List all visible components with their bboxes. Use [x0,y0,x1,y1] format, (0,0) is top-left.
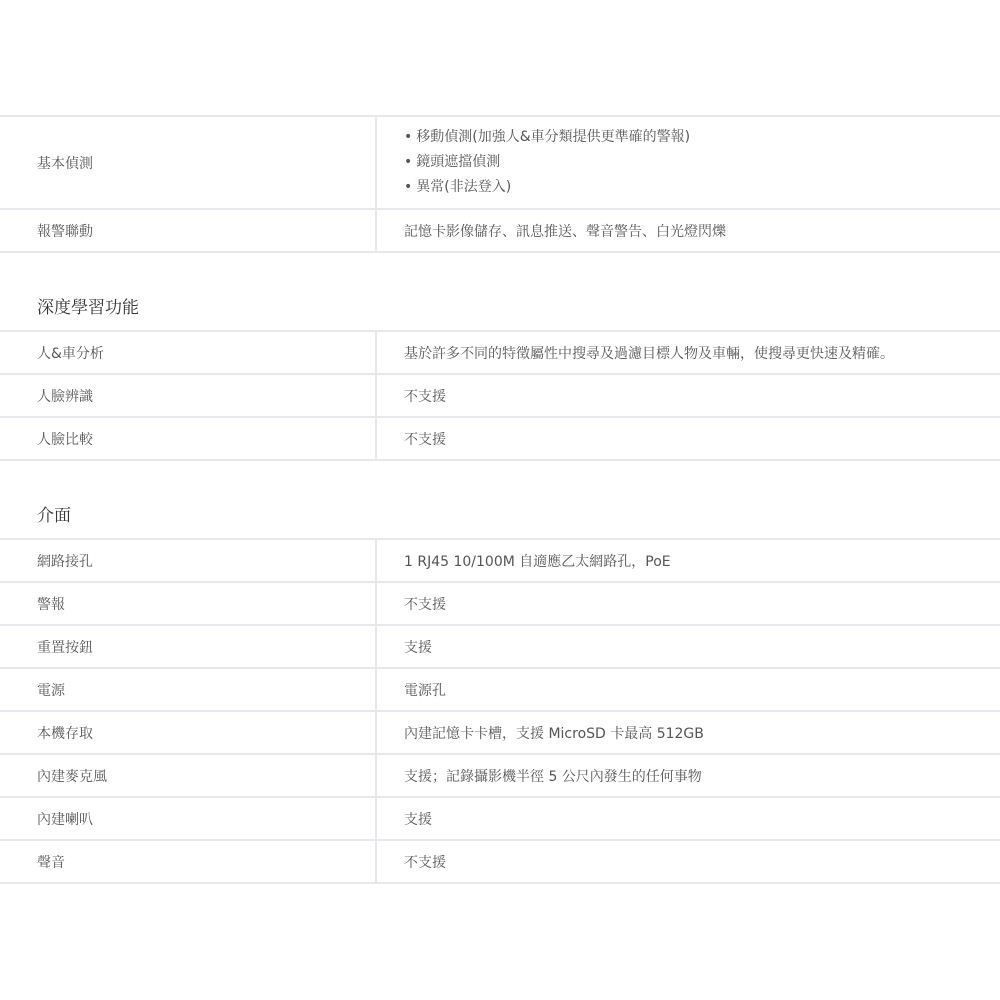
bullet-list: •移動偵測(加強人&車分類提供更準確的警報) •鏡頭遮擋偵測 •異常(非法登入) [404,125,1000,200]
table-row: 重置按鈕 支援 [0,625,1000,668]
spec-page: 基本偵測 •移動偵測(加強人&車分類提供更準確的警報) •鏡頭遮擋偵測 •異常(… [0,115,1000,884]
spec-value: 支援；記錄攝影機半徑 5 公尺內發生的任何事物 [376,754,1000,797]
spec-label: 重置按鈕 [0,625,376,668]
bullet-icon: • [404,175,412,200]
section-heading-deep-learning: 深度學習功能 [0,253,1000,330]
spec-label: 電源 [0,668,376,711]
list-item: •異常(非法登入) [404,175,1000,200]
table-row: 網路接孔 1 RJ45 10/100M 自適應乙太網路孔，PoE [0,539,1000,582]
list-item: •鏡頭遮擋偵測 [404,150,1000,175]
table-row: 人臉比較 不支援 [0,417,1000,460]
spec-label: 人臉比較 [0,417,376,460]
spec-label: 警報 [0,582,376,625]
spec-label: 內建喇叭 [0,797,376,840]
spec-label: 人臉辨識 [0,374,376,417]
bullet-icon: • [404,150,412,175]
bullet-text: 移動偵測(加強人&車分類提供更準確的警報) [416,129,690,145]
spec-value: 記憶卡影像儲存、訊息推送、聲音警告、白光燈閃爍 [376,209,1000,252]
bullet-text: 鏡頭遮擋偵測 [416,154,500,170]
bullet-icon: • [404,125,412,150]
table-row: 基本偵測 •移動偵測(加強人&車分類提供更準確的警報) •鏡頭遮擋偵測 •異常(… [0,116,1000,209]
table-row: 本機存取 內建記憶卡卡槽，支援 MicroSD 卡最高 512GB [0,711,1000,754]
spec-label: 聲音 [0,840,376,883]
section-heading-interface: 介面 [0,461,1000,538]
spec-value: 內建記憶卡卡槽，支援 MicroSD 卡最高 512GB [376,711,1000,754]
list-item: •移動偵測(加強人&車分類提供更準確的警報) [404,125,1000,150]
spec-table-detection: 基本偵測 •移動偵測(加強人&車分類提供更準確的警報) •鏡頭遮擋偵測 •異常(… [0,115,1000,253]
spec-value: 不支援 [376,374,1000,417]
spec-value: 基於許多不同的特徵屬性中搜尋及過濾目標人物及車輛，使搜尋更快速及精確。 [376,331,1000,374]
spec-value: 支援 [376,625,1000,668]
spec-label: 內建麥克風 [0,754,376,797]
spec-label: 基本偵測 [0,116,376,209]
spec-label: 本機存取 [0,711,376,754]
spec-label: 報警聯動 [0,209,376,252]
table-row: 人&車分析 基於許多不同的特徵屬性中搜尋及過濾目標人物及車輛，使搜尋更快速及精確… [0,331,1000,374]
table-row: 報警聯動 記憶卡影像儲存、訊息推送、聲音警告、白光燈閃爍 [0,209,1000,252]
table-row: 內建麥克風 支援；記錄攝影機半徑 5 公尺內發生的任何事物 [0,754,1000,797]
spec-table-deep-learning: 人&車分析 基於許多不同的特徵屬性中搜尋及過濾目標人物及車輛，使搜尋更快速及精確… [0,330,1000,461]
table-row: 人臉辨識 不支援 [0,374,1000,417]
spec-table-interface: 網路接孔 1 RJ45 10/100M 自適應乙太網路孔，PoE 警報 不支援 … [0,538,1000,884]
table-row: 內建喇叭 支援 [0,797,1000,840]
table-row: 聲音 不支援 [0,840,1000,883]
spec-value: 電源孔 [376,668,1000,711]
table-row: 電源 電源孔 [0,668,1000,711]
spec-value: 不支援 [376,417,1000,460]
spec-label: 網路接孔 [0,539,376,582]
table-row: 警報 不支援 [0,582,1000,625]
spec-value: 支援 [376,797,1000,840]
spec-value: •移動偵測(加強人&車分類提供更準確的警報) •鏡頭遮擋偵測 •異常(非法登入) [376,116,1000,209]
bullet-text: 異常(非法登入) [416,179,511,195]
spec-value: 不支援 [376,582,1000,625]
spec-value: 1 RJ45 10/100M 自適應乙太網路孔，PoE [376,539,1000,582]
spec-value: 不支援 [376,840,1000,883]
spec-label: 人&車分析 [0,331,376,374]
